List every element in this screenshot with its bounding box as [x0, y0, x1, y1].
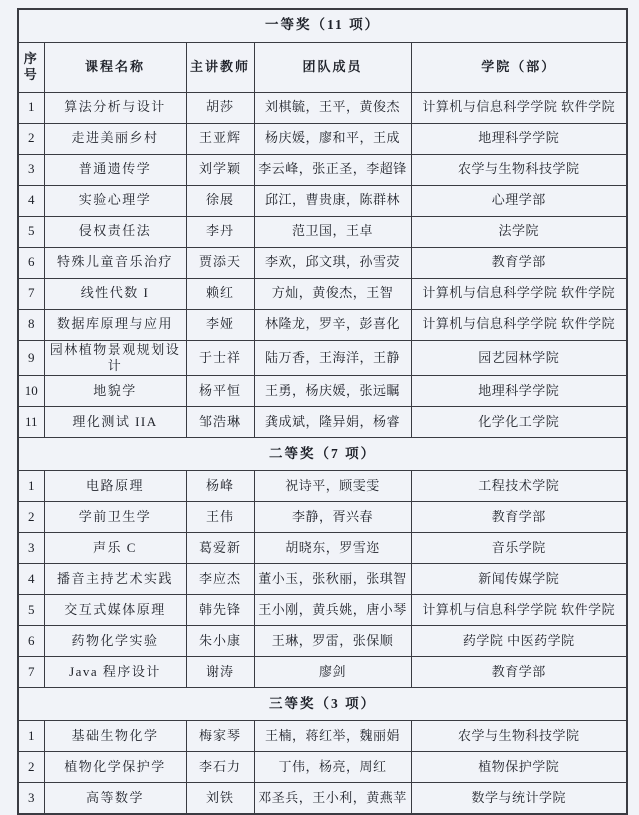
members-cell: 胡晓东，罗雪迩: [254, 533, 411, 564]
teacher-cell: 贾添天: [186, 247, 254, 278]
teacher-cell: 杨平恒: [186, 376, 254, 407]
teacher-cell: 韩先锋: [186, 595, 254, 626]
members-cell: 李静，胥兴春: [254, 502, 411, 533]
members-cell: 廖剑: [254, 657, 411, 688]
course-cell: 药物化学实验: [44, 626, 186, 657]
teacher-cell: 刘学颖: [186, 154, 254, 185]
college-cell: 音乐学院: [411, 533, 627, 564]
course-cell: 特殊儿童音乐治疗: [44, 247, 186, 278]
serial-cell: 2: [18, 502, 44, 533]
teacher-cell: 杨峰: [186, 471, 254, 502]
course-cell: 数据库原理与应用: [44, 309, 186, 340]
table-row: 9园林植物景观规划设计于士祥陆万香，王海洋，王静园艺园林学院: [18, 340, 627, 376]
table-row: 8数据库原理与应用李娅林隆龙，罗辛，彭喜化计算机与信息科学学院 软件学院: [18, 309, 627, 340]
column-header: 序号: [18, 42, 44, 92]
table-row: 2植物化学保护学李石力丁伟，杨亮，周红植物保护学院: [18, 752, 627, 783]
section-title: 一等奖（11 项）: [18, 9, 627, 42]
members-cell: 邱江，曹贵康，陈群林: [254, 185, 411, 216]
teacher-cell: 李应杰: [186, 564, 254, 595]
members-cell: 丁伟，杨亮，周红: [254, 752, 411, 783]
course-cell: 侵权责任法: [44, 216, 186, 247]
college-cell: 工程技术学院: [411, 471, 627, 502]
members-cell: 杨庆媛，廖和平，王成: [254, 123, 411, 154]
serial-cell: 2: [18, 123, 44, 154]
college-cell: 数学与统计学院: [411, 783, 627, 814]
college-cell: 法学院: [411, 216, 627, 247]
section-title-row: 二等奖（7 项）: [18, 438, 627, 471]
serial-cell: 4: [18, 185, 44, 216]
serial-cell: 10: [18, 376, 44, 407]
college-cell: 植物保护学院: [411, 752, 627, 783]
serial-cell: 1: [18, 721, 44, 752]
course-cell: 理化测试 IIA: [44, 407, 186, 438]
teacher-cell: 朱小康: [186, 626, 254, 657]
members-cell: 陆万香，王海洋，王静: [254, 340, 411, 376]
serial-cell: 3: [18, 783, 44, 814]
members-cell: 林隆龙，罗辛，彭喜化: [254, 309, 411, 340]
column-header-row: 序号课程名称主讲教师团队成员学院（部）: [18, 42, 627, 92]
teacher-cell: 葛爱新: [186, 533, 254, 564]
awards-table: 一等奖（11 项）序号课程名称主讲教师团队成员学院（部）1算法分析与设计胡莎刘棋…: [17, 8, 628, 815]
members-cell: 方灿，黄俊杰，王智: [254, 278, 411, 309]
section-title: 二等奖（7 项）: [18, 438, 627, 471]
table-row: 11理化测试 IIA邹浩琳龚成斌，隆异娟，杨睿化学化工学院: [18, 407, 627, 438]
awards-table-body: 一等奖（11 项）序号课程名称主讲教师团队成员学院（部）1算法分析与设计胡莎刘棋…: [18, 9, 627, 814]
college-cell: 教育学部: [411, 502, 627, 533]
course-cell: 基础生物化学: [44, 721, 186, 752]
course-cell: 交互式媒体原理: [44, 595, 186, 626]
serial-cell: 5: [18, 595, 44, 626]
members-cell: 董小玉，张秋丽，张琪智: [254, 564, 411, 595]
course-cell: 植物化学保护学: [44, 752, 186, 783]
teacher-cell: 李丹: [186, 216, 254, 247]
serial-cell: 7: [18, 657, 44, 688]
serial-cell: 3: [18, 154, 44, 185]
teacher-cell: 徐展: [186, 185, 254, 216]
table-row: 1算法分析与设计胡莎刘棋毓，王平，黄俊杰计算机与信息科学学院 软件学院: [18, 92, 627, 123]
college-cell: 教育学部: [411, 657, 627, 688]
college-cell: 农学与生物科技学院: [411, 721, 627, 752]
college-cell: 化学化工学院: [411, 407, 627, 438]
members-cell: 龚成斌，隆异娟，杨睿: [254, 407, 411, 438]
serial-cell: 1: [18, 92, 44, 123]
teacher-cell: 王亚辉: [186, 123, 254, 154]
college-cell: 教育学部: [411, 247, 627, 278]
section-title-row: 三等奖（3 项）: [18, 688, 627, 721]
serial-cell: 6: [18, 626, 44, 657]
teacher-cell: 胡莎: [186, 92, 254, 123]
table-row: 7Java 程序设计谢涛廖剑教育学部: [18, 657, 627, 688]
table-row: 6药物化学实验朱小康王琳，罗雷，张保顺药学院 中医药学院: [18, 626, 627, 657]
college-cell: 心理学部: [411, 185, 627, 216]
table-row: 4播音主持艺术实践李应杰董小玉，张秋丽，张琪智新闻传媒学院: [18, 564, 627, 595]
serial-cell: 4: [18, 564, 44, 595]
table-row: 6特殊儿童音乐治疗贾添天李欢，邱文琪，孙雪荧教育学部: [18, 247, 627, 278]
table-row: 10地貌学杨平恒王勇，杨庆媛，张远瞩地理科学学院: [18, 376, 627, 407]
serial-cell: 7: [18, 278, 44, 309]
serial-cell: 1: [18, 471, 44, 502]
teacher-cell: 于士祥: [186, 340, 254, 376]
table-row: 1电路原理杨峰祝诗平，顾雯雯工程技术学院: [18, 471, 627, 502]
college-cell: 药学院 中医药学院: [411, 626, 627, 657]
column-header: 团队成员: [254, 42, 411, 92]
college-cell: 计算机与信息科学学院 软件学院: [411, 595, 627, 626]
course-cell: 高等数学: [44, 783, 186, 814]
teacher-cell: 刘铁: [186, 783, 254, 814]
course-cell: 算法分析与设计: [44, 92, 186, 123]
teacher-cell: 李娅: [186, 309, 254, 340]
college-cell: 新闻传媒学院: [411, 564, 627, 595]
serial-cell: 8: [18, 309, 44, 340]
members-cell: 李云峰，张正圣，李超锋: [254, 154, 411, 185]
column-header: 课程名称: [44, 42, 186, 92]
teacher-cell: 邹浩琳: [186, 407, 254, 438]
members-cell: 祝诗平，顾雯雯: [254, 471, 411, 502]
course-cell: 园林植物景观规划设计: [44, 340, 186, 376]
members-cell: 李欢，邱文琪，孙雪荧: [254, 247, 411, 278]
serial-cell: 11: [18, 407, 44, 438]
serial-cell: 5: [18, 216, 44, 247]
college-cell: 计算机与信息科学学院 软件学院: [411, 278, 627, 309]
college-cell: 计算机与信息科学学院 软件学院: [411, 92, 627, 123]
table-row: 3声乐 C葛爱新胡晓东，罗雪迩音乐学院: [18, 533, 627, 564]
college-cell: 园艺园林学院: [411, 340, 627, 376]
serial-cell: 6: [18, 247, 44, 278]
teacher-cell: 赖红: [186, 278, 254, 309]
members-cell: 王小刚，黄兵姚，唐小琴: [254, 595, 411, 626]
college-cell: 地理科学学院: [411, 123, 627, 154]
table-row: 7线性代数 I赖红方灿，黄俊杰，王智计算机与信息科学学院 软件学院: [18, 278, 627, 309]
teacher-cell: 李石力: [186, 752, 254, 783]
column-header: 学院（部）: [411, 42, 627, 92]
table-row: 4实验心理学徐展邱江，曹贵康，陈群林心理学部: [18, 185, 627, 216]
teacher-cell: 谢涛: [186, 657, 254, 688]
members-cell: 范卫国，王卓: [254, 216, 411, 247]
column-header: 主讲教师: [186, 42, 254, 92]
course-cell: 线性代数 I: [44, 278, 186, 309]
teacher-cell: 梅家琴: [186, 721, 254, 752]
course-cell: 播音主持艺术实践: [44, 564, 186, 595]
serial-cell: 9: [18, 340, 44, 376]
section-title: 三等奖（3 项）: [18, 688, 627, 721]
course-cell: Java 程序设计: [44, 657, 186, 688]
members-cell: 王勇，杨庆媛，张远瞩: [254, 376, 411, 407]
section-title-row: 一等奖（11 项）: [18, 9, 627, 42]
course-cell: 实验心理学: [44, 185, 186, 216]
course-cell: 普通遗传学: [44, 154, 186, 185]
course-cell: 地貌学: [44, 376, 186, 407]
serial-cell: 2: [18, 752, 44, 783]
table-row: 3高等数学刘铁邓圣兵，王小利，黄燕苹数学与统计学院: [18, 783, 627, 814]
course-cell: 学前卫生学: [44, 502, 186, 533]
table-row: 1基础生物化学梅家琴王楠，蒋红举，魏丽娟农学与生物科技学院: [18, 721, 627, 752]
table-row: 3普通遗传学刘学颖李云峰，张正圣，李超锋农学与生物科技学院: [18, 154, 627, 185]
table-row: 5侵权责任法李丹范卫国，王卓法学院: [18, 216, 627, 247]
college-cell: 计算机与信息科学学院 软件学院: [411, 309, 627, 340]
teacher-cell: 王伟: [186, 502, 254, 533]
members-cell: 邓圣兵，王小利，黄燕苹: [254, 783, 411, 814]
members-cell: 刘棋毓，王平，黄俊杰: [254, 92, 411, 123]
college-cell: 农学与生物科技学院: [411, 154, 627, 185]
course-cell: 声乐 C: [44, 533, 186, 564]
members-cell: 王琳，罗雷，张保顺: [254, 626, 411, 657]
course-cell: 走进美丽乡村: [44, 123, 186, 154]
serial-cell: 3: [18, 533, 44, 564]
table-row: 2学前卫生学王伟李静，胥兴春教育学部: [18, 502, 627, 533]
members-cell: 王楠，蒋红举，魏丽娟: [254, 721, 411, 752]
table-row: 2走进美丽乡村王亚辉杨庆媛，廖和平，王成地理科学学院: [18, 123, 627, 154]
college-cell: 地理科学学院: [411, 376, 627, 407]
course-cell: 电路原理: [44, 471, 186, 502]
table-row: 5交互式媒体原理韩先锋王小刚，黄兵姚，唐小琴计算机与信息科学学院 软件学院: [18, 595, 627, 626]
